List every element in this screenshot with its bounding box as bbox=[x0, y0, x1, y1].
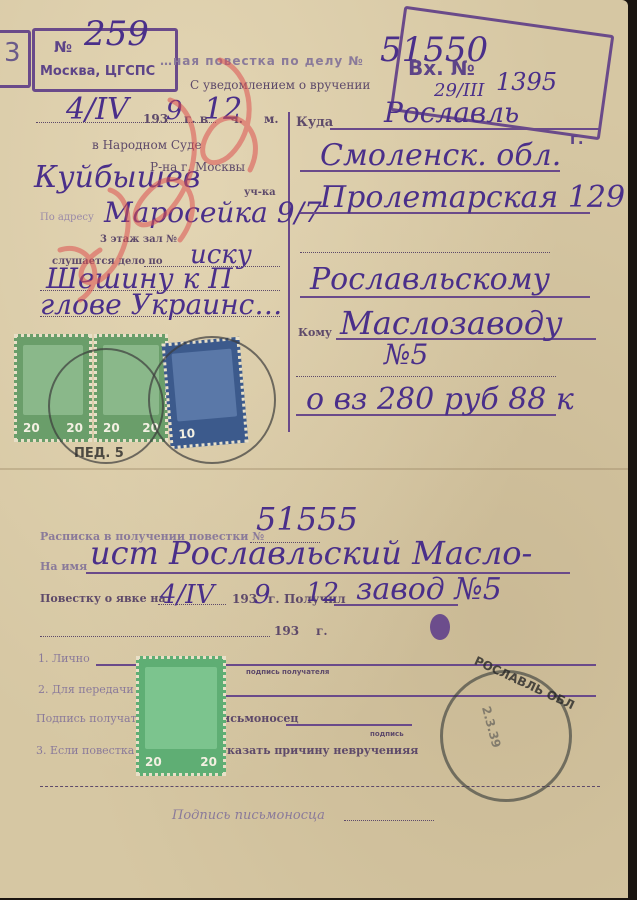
item-1-caption: подпись получателя bbox=[246, 668, 329, 676]
where-line-3: Пролетарская 129 bbox=[320, 180, 625, 215]
name-label: На имя bbox=[40, 560, 87, 573]
fold-line bbox=[0, 468, 628, 470]
receipt-number: 51555 bbox=[256, 500, 358, 538]
where-line-2: Смоленск. обл. bbox=[320, 138, 561, 173]
to-line-1: Маслозаводу bbox=[340, 304, 563, 342]
postmark-right bbox=[148, 336, 276, 464]
notice-date: 4/IV bbox=[160, 580, 214, 610]
where-line-4: Рославльскому bbox=[310, 262, 550, 297]
item-2: 2. Для передачи bbox=[38, 683, 134, 696]
item-1: 1. Лично bbox=[38, 652, 90, 665]
notice-year-unit: г. bbox=[268, 592, 280, 606]
postmark-left-text: ПЕД. 5 bbox=[74, 446, 124, 461]
incoming-label: Вх. № bbox=[408, 56, 475, 80]
red-scrawl-mark bbox=[20, 40, 300, 320]
where-label: Куда bbox=[296, 115, 333, 130]
name-handwritten: ист Рославльский Масло- bbox=[90, 534, 532, 572]
incoming-number: 1395 bbox=[496, 68, 557, 96]
sign-caption: подпись bbox=[370, 730, 404, 738]
summons-document: 3 № 259 Москва, ЦГСПС …ная повестка по д… bbox=[0, 0, 628, 898]
to-label: Кому bbox=[298, 326, 332, 339]
notice-label: Повестку о явке на bbox=[40, 592, 166, 605]
item-3: 3. Если повестка bbox=[36, 744, 134, 757]
left-number: 3 bbox=[4, 38, 21, 68]
incoming-suffix: г. bbox=[570, 130, 584, 148]
date-line-year: 193 bbox=[274, 624, 299, 638]
item-3-rest: указать причину неврученияя bbox=[220, 744, 418, 757]
footer-signature: Подпись письмоносца bbox=[172, 808, 325, 823]
ink-blot bbox=[430, 614, 450, 640]
date-line-unit: г. bbox=[316, 624, 328, 638]
about-line: о вз 280 руб 88 к bbox=[306, 382, 574, 417]
incoming-city: Рославль bbox=[384, 96, 519, 129]
to-line-2: №5 bbox=[384, 338, 428, 371]
name-handwritten-2: завод №5 bbox=[356, 572, 502, 607]
postage-stamp-green-bottom: 2020 bbox=[136, 656, 226, 776]
